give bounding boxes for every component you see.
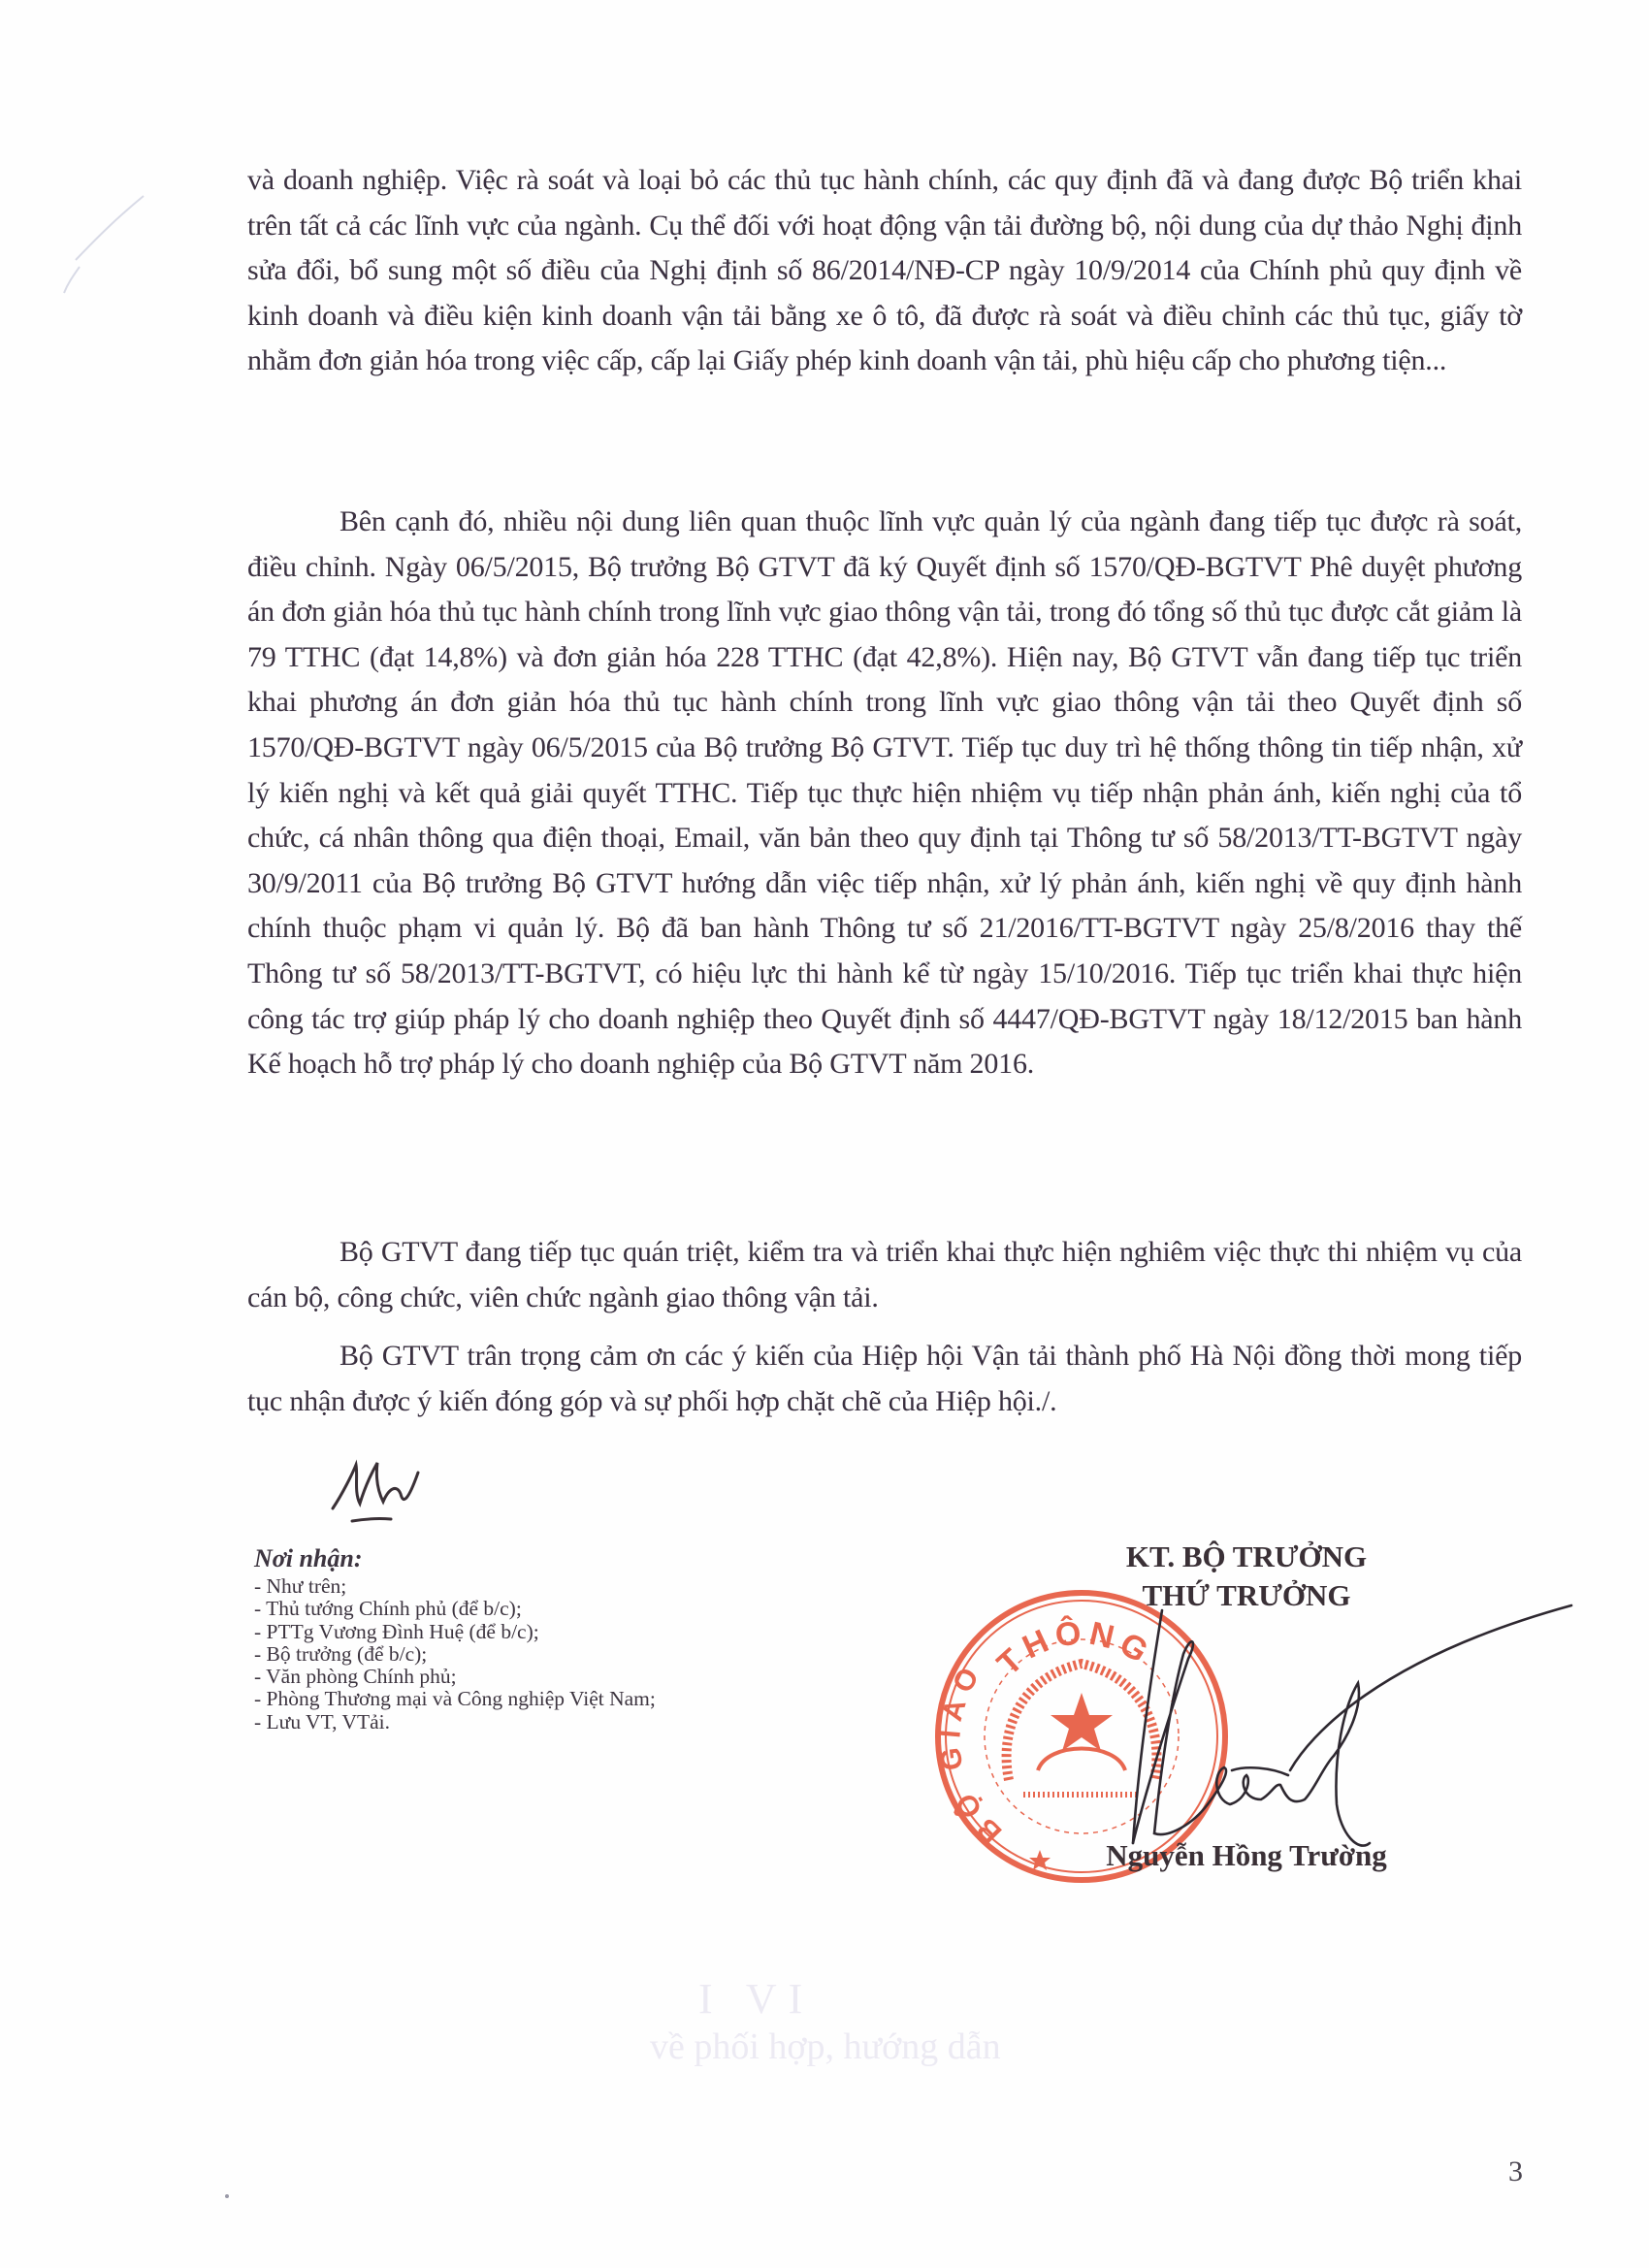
- speck: [225, 2194, 229, 2198]
- recipients-block: Nơi nhận: - Như trên; - Thủ tướng Chính …: [254, 1544, 656, 1733]
- paragraph-2: Bên cạnh đó, nhiều nội dung liên quan th…: [247, 500, 1522, 1087]
- bleed-through-text: về phối hợp, hướng dẫn: [650, 2025, 1001, 2068]
- document-page: và doanh nghiệp. Việc rà soát và loại bỏ…: [0, 0, 1649, 2268]
- paragraph-4: Bộ GTVT trân trọng cảm ơn các ý kiến của…: [247, 1334, 1522, 1424]
- recipients-heading: Nơi nhận:: [254, 1544, 656, 1573]
- paragraph-text: và doanh nghiệp. Việc rà soát và loại bỏ…: [247, 158, 1522, 384]
- recipient-item: - Lưu VT, VTải.: [254, 1711, 656, 1733]
- recipients-list: - Như trên; - Thủ tướng Chính phủ (để b/…: [254, 1575, 656, 1733]
- recipient-item: - Thủ tướng Chính phủ (để b/c);: [254, 1598, 656, 1620]
- recipient-item: - PTTg Vương Đình Huệ (để b/c);: [254, 1621, 656, 1643]
- page-number: 3: [1508, 2155, 1523, 2188]
- signer-name: Nguyễn Hồng Trường: [1009, 1838, 1484, 1873]
- signature-title-line1: KT. BỘ TRƯỞNG: [1028, 1538, 1465, 1576]
- recipient-item: - Bộ trưởng (để b/c);: [254, 1643, 656, 1666]
- recipient-item: - Văn phòng Chính phủ;: [254, 1666, 656, 1688]
- paragraph-text: Bên cạnh đó, nhiều nội dung liên quan th…: [247, 500, 1522, 1087]
- recipient-item: - Phòng Thương mại và Công nghiệp Việt N…: [254, 1688, 656, 1710]
- bleed-through-text: I VI: [698, 1974, 814, 2024]
- paragraph-text: Bộ GTVT trân trọng cảm ơn các ý kiến của…: [247, 1334, 1522, 1424]
- paragraph-text: Bộ GTVT đang tiếp tục quán triệt, kiểm t…: [247, 1230, 1522, 1320]
- paragraph-3: Bộ GTVT đang tiếp tục quán triệt, kiểm t…: [247, 1230, 1522, 1320]
- recipient-item: - Như trên;: [254, 1575, 656, 1598]
- initials-mark: [325, 1455, 432, 1528]
- paragraph-1: và doanh nghiệp. Việc rà soát và loại bỏ…: [247, 158, 1522, 384]
- scratch-mark: [29, 184, 155, 310]
